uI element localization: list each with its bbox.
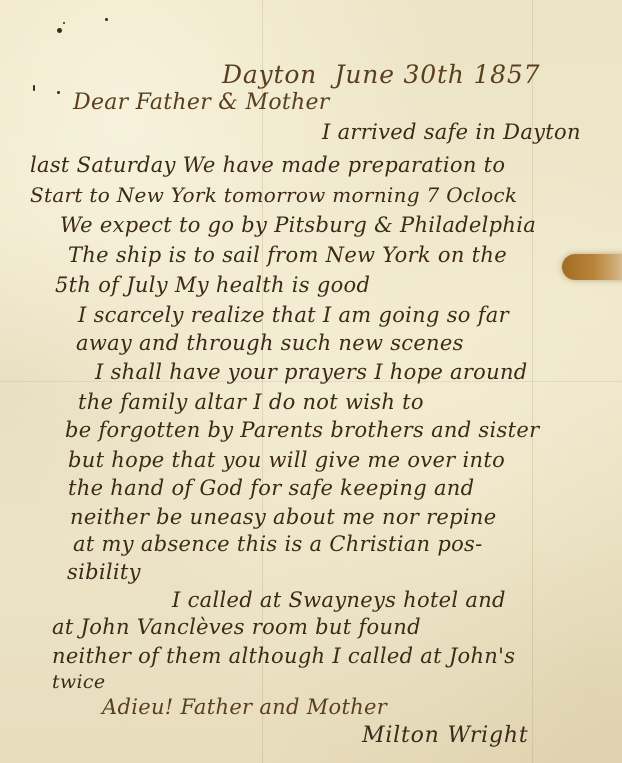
ink-stain [562, 254, 622, 280]
signature: Milton Wright [362, 725, 529, 747]
salutation: Dear Father & Mother [73, 92, 330, 114]
ink-speck [57, 28, 62, 33]
body-line: but hope that you will give me over into [68, 450, 505, 471]
body-line: sibility [67, 562, 141, 583]
ink-speck [33, 85, 35, 91]
body-line: away and through such new scenes [76, 333, 464, 354]
body-line: last Saturday We have made preparation t… [30, 155, 505, 176]
letter-page: Dayton June 30th 1857 Dear Father & Moth… [0, 0, 622, 763]
closing: Adieu! Father and Mother [102, 697, 387, 718]
body-line: the hand of God for safe keeping and [68, 478, 474, 499]
body-line: neither of them although I called at Joh… [52, 646, 515, 667]
dateline: Dayton June 30th 1857 [222, 62, 540, 87]
body-line: The ship is to sail from New York on the [68, 245, 507, 266]
body-line: at my absence this is a Christian pos- [73, 534, 483, 555]
body-line: neither be uneasy about me nor repine [70, 507, 496, 528]
ink-speck [105, 18, 108, 21]
body-line: 5th of July My health is good [55, 275, 370, 296]
body-line: I arrived safe in Dayton [322, 122, 581, 143]
body-line: I called at Swayneys hotel and [172, 590, 506, 611]
body-line: twice [52, 673, 105, 692]
ink-speck [57, 91, 60, 94]
body-line: be forgotten by Parents brothers and sis… [65, 420, 539, 441]
body-line: the family altar I do not wish to [78, 392, 424, 413]
body-line: at John Vanclèves room but found [52, 617, 421, 638]
body-line: I scarcely realize that I am going so fa… [78, 305, 509, 326]
body-line: Start to New York tomorrow morning 7 Ocl… [30, 185, 517, 205]
dateline-date: June 30th 1857 [335, 60, 541, 89]
dateline-place: Dayton [222, 60, 317, 89]
ink-speck [63, 22, 65, 24]
body-line: I shall have your prayers I hope around [95, 362, 528, 383]
body-line: We expect to go by Pitsburg & Philadelph… [60, 215, 536, 236]
